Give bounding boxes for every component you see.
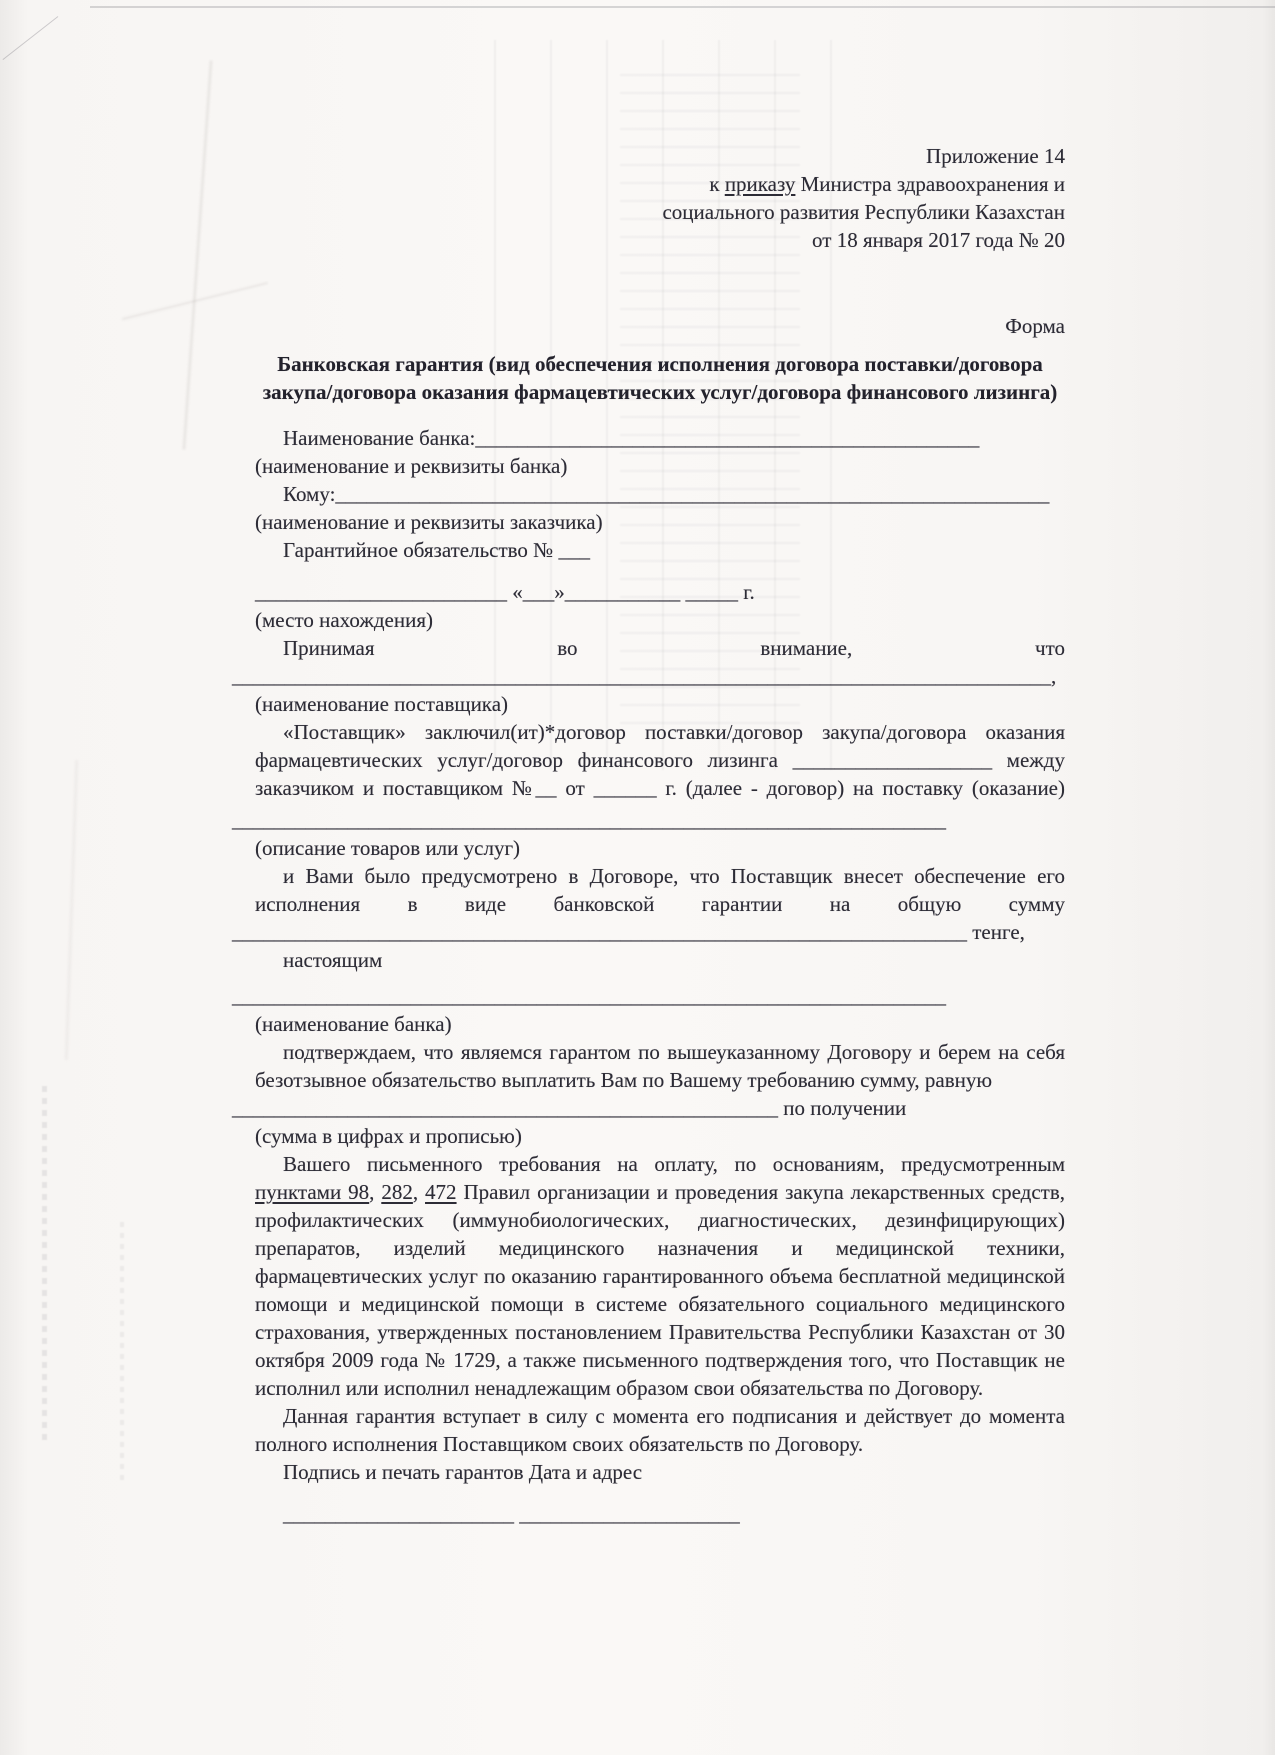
text-segment: Правил организации и проведения закупа л…: [457, 1180, 1065, 1204]
order-date: от 18 января 2017 года № 20: [255, 226, 1065, 254]
text-segment: Министра здравоохранения и: [795, 172, 1065, 196]
appendix-number: Приложение 14: [255, 142, 1065, 170]
body-line: исполнения в виде банковской гарантии на…: [255, 890, 1065, 918]
field-recipient: Кому:___________________________________…: [255, 480, 1065, 508]
caption-supplier-name: (наименование поставщика): [255, 690, 1065, 718]
signature-caption: Подпись и печать гарантов Дата и адрес: [255, 1458, 1065, 1486]
caption-goods-description: (описание товаров или услуг): [255, 834, 1065, 862]
ministry-name: социального развития Республики Казахста…: [255, 198, 1065, 226]
field-bank-name: Наименование банка:_____________________…: [255, 424, 1065, 452]
signature-blank-lines: ______________________ _________________…: [255, 1500, 1065, 1528]
body-line: помощи и медицинской помощи в системе об…: [255, 1290, 1065, 1318]
field-place-and-date: ________________________ «___»__________…: [255, 578, 1065, 606]
document-lines: Приложение 14к приказу Министра здравоох…: [255, 142, 1065, 1528]
caption-bank-details: (наименование и реквизиты банка): [255, 452, 1065, 480]
caption-customer-details: (наименование и реквизиты заказчика): [255, 508, 1065, 536]
underlined-reference: приказу: [725, 172, 796, 196]
body-line: и Вами было предусмотрено в Договоре, чт…: [255, 862, 1065, 890]
scan-artifact-crease: [182, 60, 212, 449]
scan-artifact-margin-ghost-text: [120, 1220, 124, 1480]
caption-bank-name: (наименование банка): [255, 1010, 1065, 1038]
underlined-reference: пунктами 98: [255, 1180, 369, 1204]
blank-line-goods: ________________________________________…: [232, 806, 1065, 834]
body-line: настоящим: [255, 946, 1065, 974]
order-reference: к приказу Министра здравоохранения и: [255, 170, 1065, 198]
text-segment: ,: [369, 1180, 381, 1204]
scan-artifact-crease: [65, 760, 78, 1060]
body-line-rule-references: пунктами 98, 282, 472 Правил организации…: [255, 1178, 1065, 1206]
underlined-reference: 282: [381, 1180, 413, 1204]
body-line: полного исполнения Поставщиком своих обя…: [255, 1430, 1065, 1458]
text-segment: к: [709, 172, 724, 196]
body-line: Вашего письменного требования на оплату,…: [255, 1150, 1065, 1178]
body-line: фармацевтических услуг/договор финансово…: [255, 746, 1065, 774]
caption-sum: (сумма в цифрах и прописью): [255, 1122, 1065, 1150]
body-line-taking-into-account: Принимая во внимание, что: [255, 634, 1065, 662]
scan-artifact-top-edge: [90, 6, 1275, 8]
blank-line-supplier: ________________________________________…: [232, 662, 1065, 690]
body-line: заказчиком и поставщиком №__ от ______ г…: [255, 774, 1065, 802]
body-line: безотзывное обязательство выплатить Вам …: [255, 1066, 1065, 1094]
scan-artifact-corner-crease: [3, 16, 59, 60]
document-title-line-2: закупа/договора оказания фармацевтически…: [255, 378, 1065, 406]
caption-location: (место нахождения): [255, 606, 1065, 634]
scan-artifact-crease: [122, 282, 268, 320]
body-line: профилактических (иммунобиологических, д…: [255, 1206, 1065, 1234]
field-guarantee-number: Гарантийное обязательство № ___: [255, 536, 1065, 564]
underlined-reference: 472: [425, 1180, 457, 1204]
document-title-line-1: Банковская гарантия (вид обеспечения исп…: [255, 350, 1065, 378]
body-line: Данная гарантия вступает в силу с момент…: [255, 1402, 1065, 1430]
body-line: фармацевтических услуг по оказанию гаран…: [255, 1262, 1065, 1290]
body-line: подтверждаем, что являемся гарантом по в…: [255, 1038, 1065, 1066]
form-label: Форма: [255, 312, 1065, 340]
body-line: октября 2009 года № 1729, а также письме…: [255, 1346, 1065, 1374]
blank-line-sum: ________________________________________…: [232, 1094, 1065, 1122]
body-line: страхования, утвержденных постановлением…: [255, 1318, 1065, 1346]
scanned-document-page: Приложение 14к приказу Министра здравоох…: [0, 0, 1275, 1755]
text-segment: ,: [413, 1180, 425, 1204]
scan-artifact-margin-ghost-text: [42, 1080, 47, 1440]
blank-line-amount: ________________________________________…: [232, 918, 1065, 946]
blank-line-bank-name: ________________________________________…: [232, 982, 1065, 1010]
body-line: препаратов, изделий медицинского назначе…: [255, 1234, 1065, 1262]
body-line: исполнил или исполнил ненадлежащим образ…: [255, 1374, 1065, 1402]
body-line: «Поставщик» заключил(ит)*договор поставк…: [255, 718, 1065, 746]
